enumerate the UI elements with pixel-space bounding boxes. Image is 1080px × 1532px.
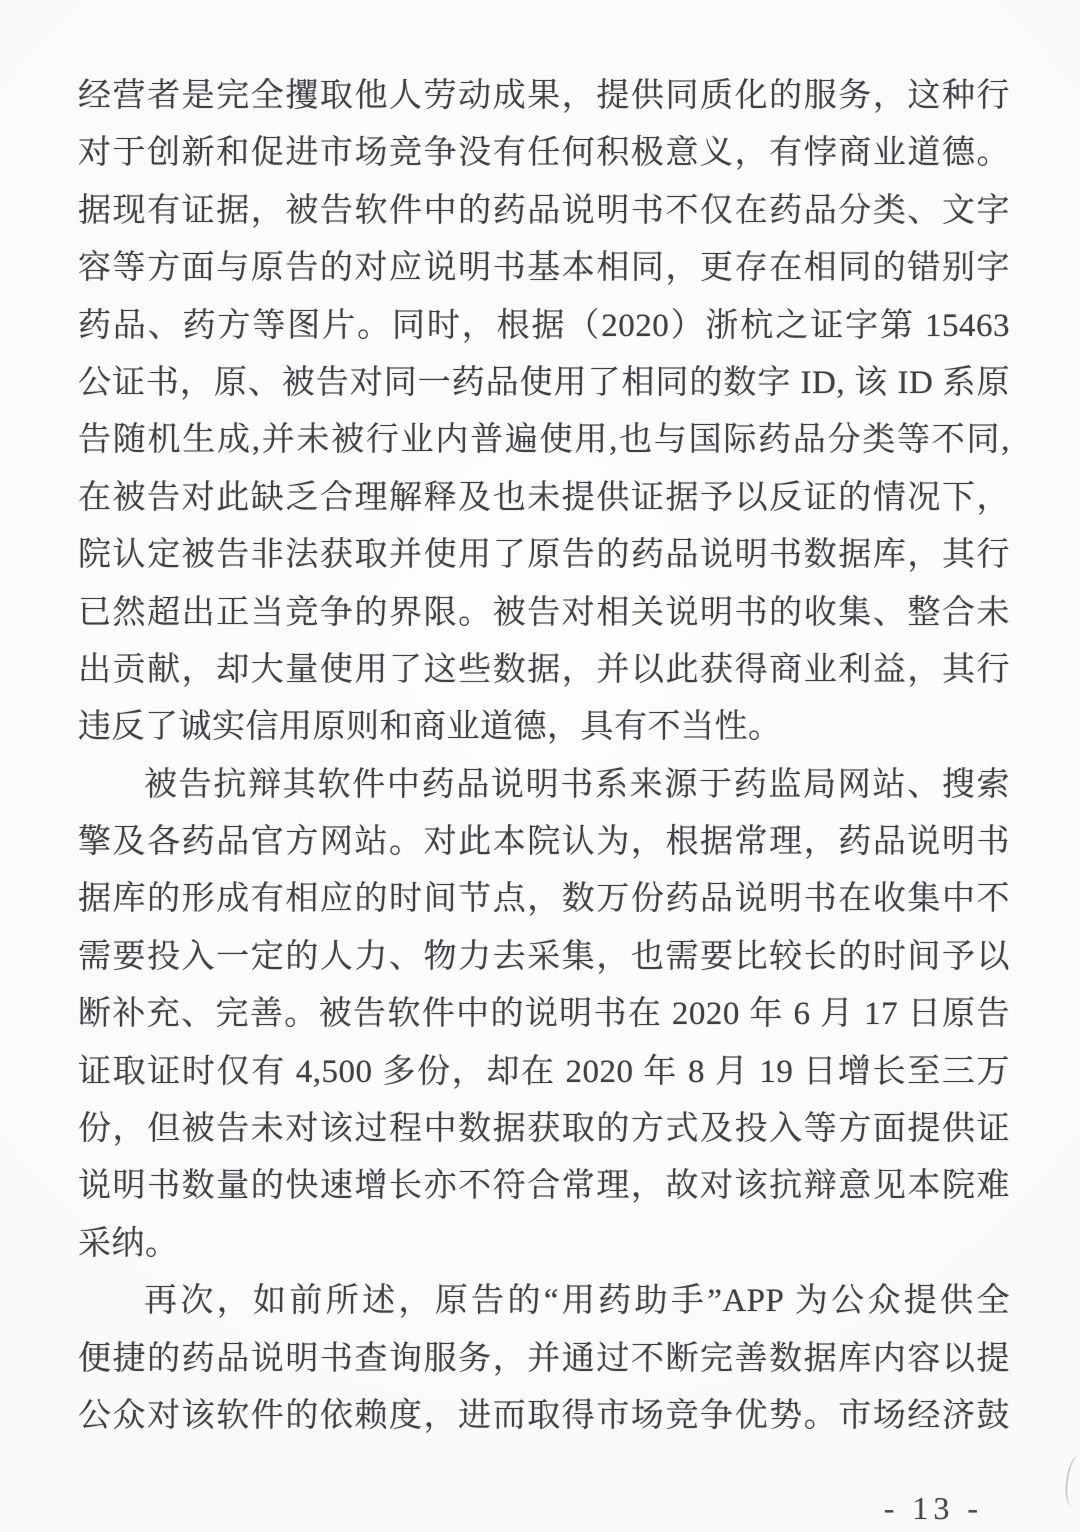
text-line: 出贡献，却大量使用了这些数据，并以此获得商业利益，其行为 [78, 642, 1010, 699]
text-line: 据现有证据，被告软件中的药品说明书不仅在药品分类、文字内 [78, 183, 1010, 240]
text-line: 对于创新和促进市场竞争没有任何积极意义，有悖商业道德。根 [78, 125, 1010, 182]
text-line: 公众对该软件的依赖度，进而取得市场竞争优势。市场经济鼓励 [78, 1388, 1010, 1445]
text-line: 擎及各药品官方网站。对此本院认为，根据常理，药品说明书数 [78, 814, 1010, 871]
page-number: - 13 - [884, 1490, 983, 1527]
document-page: 经营者是完全攫取他人劳动成果，提供同质化的服务，这种行为对于创新和促进市场竞争没… [0, 0, 1080, 1532]
text-line: 据库的形成有相应的时间节点，数万份药品说明书在收集中不仅 [78, 871, 1010, 928]
text-line: 经营者是完全攫取他人劳动成果，提供同质化的服务，这种行为 [78, 68, 1010, 125]
text-line: 采纳。 [78, 1216, 1010, 1273]
text-line: 被告抗辩其软件中药品说明书系来源于药监局网站、搜索引 [78, 757, 1010, 814]
judgment-text-block: 经营者是完全攫取他人劳动成果，提供同质化的服务，这种行为对于创新和促进市场竞争没… [78, 68, 1010, 1445]
text-line: 再次，如前所述，原告的“用药助手”APP 为公众提供全面、 [78, 1273, 1010, 1330]
text-line: 说明书数量的快速增长亦不符合常理，故对该抗辩意见本院难予 [78, 1158, 1010, 1215]
text-line: 断补充、完善。被告软件中的说明书在 2020 年 6 月 17 日原告公 [78, 986, 1010, 1043]
text-line: 证取证时仅有 4,500 多份，却在 2020 年 8 月 19 日增长至三万多 [78, 1044, 1010, 1101]
scan-artifact [1062, 1454, 1080, 1508]
text-line: 药品、药方等图片。同时，根据（2020）浙杭之证字第 15463 号 [78, 298, 1010, 355]
text-line: 需要投入一定的人力、物力去采集，也需要比较长的时间予以不 [78, 929, 1010, 986]
text-line: 便捷的药品说明书查询服务，并通过不断完善数据库内容以提升 [78, 1331, 1010, 1388]
text-line: 告随机生成,并未被行业内普遍使用,也与国际药品分类等不同, [78, 412, 1010, 469]
text-line: 公证书，原、被告对同一药品使用了相同的数字 ID, 该 ID 系原 [78, 355, 1010, 412]
text-line: 份，但被告未对该过程中数据获取的方式及投入等方面提供证据, [78, 1101, 1010, 1158]
text-line: 院认定被告非法获取并使用了原告的药品说明书数据库，其行为 [78, 527, 1010, 584]
text-line: 已然超出正当竞争的界限。被告对相关说明书的收集、整合未作 [78, 585, 1010, 642]
text-line: 在被告对此缺乏合理解释及也未提供证据予以反证的情况下，本 [78, 470, 1010, 527]
text-line: 容等方面与原告的对应说明书基本相同，更存在相同的错别字与 [78, 240, 1010, 297]
text-line: 违反了诚实信用原则和商业道德，具有不当性。 [78, 699, 1010, 756]
